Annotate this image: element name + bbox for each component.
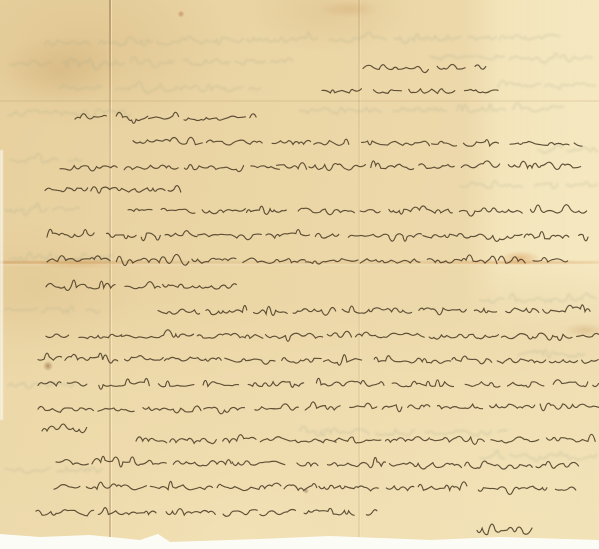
paper-edge-left (0, 150, 3, 420)
body-line: เกิดเมื่อบนอนครั้งความสำเร็จ (46, 271, 242, 300)
scanned-letter: จอมที่ระเนตรเดือนวารวันที่ ๒๕ ตุลาคม พ.ศ… (0, 0, 599, 549)
handwriting-layer: จอมที่ระเนตรเดือนวารวันที่ ๒๕ ตุลาคม พ.ศ… (0, 0, 599, 549)
closing-line: ไป. เห็นดูตลอดจะแจ้งให้ผมทราบพร้อมกับอาจ… (36, 499, 376, 527)
body-line: กัน. (42, 415, 82, 443)
date-line: วันที่ ๒๕ ตุลาคม พ.ศ. ๒๔๗๘ (322, 77, 495, 105)
body-line: และคิดอย่างยิ่ง ส่งเรื่องของอาจารย์ได้เง… (38, 391, 596, 424)
